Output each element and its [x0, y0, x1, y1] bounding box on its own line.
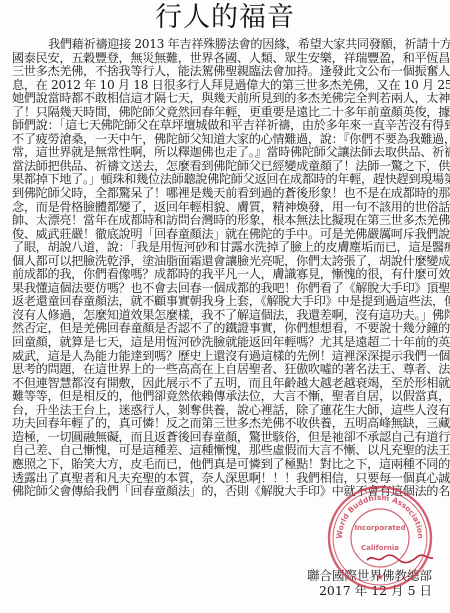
handwritten-signature-icon [365, 551, 435, 565]
body-line: 佛陀師父會傳給我們「回春童顏法」的，否則《解脫大手印》中就不會有這個法的名稱。 [12, 485, 440, 499]
body-line: 常，這世界就是無常性啊，所以釋迦佛也走了。』當時佛陀師父讓法師去取供品、祈禱文來… [12, 146, 440, 160]
document-title: 行人的福音 [0, 2, 450, 34]
body-line: 帥、太漂亮！當年在成都時和訪問台灣時的形象，根本無法比擬現在第三世多杰羌佛的童顏… [12, 214, 440, 228]
body-line: 自己差、自己慚愧，可是這種差、這種慚愧，那些虛假而大言不慚、以凡充聖的法王活佛們… [12, 444, 440, 458]
document-page: 行人的福音 我們藉祈禱迎接 2013 年吉祥殊勝法會的因緣，希望大家共同發願，祈… [0, 0, 450, 613]
body-line: 功夫回春年輕了的，真可憐！反之而第三世多杰羌佛不收供養，五明高峰無缺，三藏圓通登… [12, 417, 440, 431]
body-line: 返老還童回春童顏法，就不顧事實朝我身上套，《解脫大手印》中是提到過這些法，但是到… [12, 295, 440, 309]
body-line: 到佛陀師父時，全都驚呆了！哪裡是幾天前看到過的蒼後形象！也不是在成都時的那種年輕… [12, 187, 440, 201]
body-line: 她們說當時都不敢相信這才隔七天，與幾天前所見到的多杰羌佛完全判若兩人，太神奇驚煞… [12, 92, 440, 106]
signature-organization: 聯合國際世界佛教總部 [307, 568, 432, 583]
body-line: 師們說：「這七天佛陀師父在草坪壇城做和平吉祥祈禱，由於多年來一直辛苦沒有得到休息… [12, 119, 440, 133]
body-line: 了眼，胡說八道，說：「我是用恆河砂和甘露水洗掉了臉上的皮膚塵垢而已，這是醫療之法… [12, 241, 440, 255]
body-line: 然否定，但是羌佛回春童顏是否認不了的鐵證事實，你們想想看，不要說十幾分鐘的時間就… [12, 322, 440, 336]
body-line: 我們藉祈禱迎接 2013 年吉祥殊勝法會的因緣，希望大家共同發願，祈請十方諸佛加… [12, 38, 440, 52]
body-line: 三世多杰羌佛，不捨我等行人，能法駕佛聖親臨法會加持。逢發此文公布一個振奮人心的好… [12, 65, 440, 79]
signature-date: 2017 年 12 月 5 日 [307, 583, 432, 598]
body-line: 透露出了真聖者和凡夫充聖的本質，奈人深思啊！！！我們相信，只要每一個真心誠意的心… [12, 472, 440, 486]
body-line: 回童顏，就算是七天，這是用恆河砂洗臉就能返回年輕嗎？尤其是遠超二十年前的英俊、莊… [12, 336, 440, 350]
body-line: 前成都的我，你們看像嗎？成都時的我平凡一人，膚識寡見，慚愧的很，有什麼可效仿的，… [12, 268, 440, 282]
svg-text:Incorporated: Incorporated [354, 524, 405, 532]
svg-text:World Buddhism Association: World Buddhism Association [335, 493, 425, 539]
body-line: 思考的問題，在這世界上的一些高高在上自居聖者、狂傲吹噓的著名法王、尊者、法師，他… [12, 363, 440, 377]
svg-text:California: California [361, 544, 399, 552]
signature-block: 聯合國際世界佛教總部 2017 年 12 月 5 日 [307, 568, 432, 598]
body-line: 難等等，但是相反的，他們卻竟然依賴傳承法位，大言不慚，聖者自居，以假當真，高升法… [12, 390, 440, 404]
body-line: 應照之下，貽笑大方，皮毛而已，他們真是可憐到了極點！對比之下，這兩種不同的言行自… [12, 458, 440, 472]
body-line: 果都掉下地了。」頓珠和幾位法師聽說佛陀師父返回在成都時的年輕，趕快趕到現場第一眼… [12, 173, 440, 187]
document-body: 我們藉祈禱迎接 2013 年吉祥殊勝法會的因緣，希望大家共同發願，祈請十方諸佛加… [12, 38, 440, 499]
